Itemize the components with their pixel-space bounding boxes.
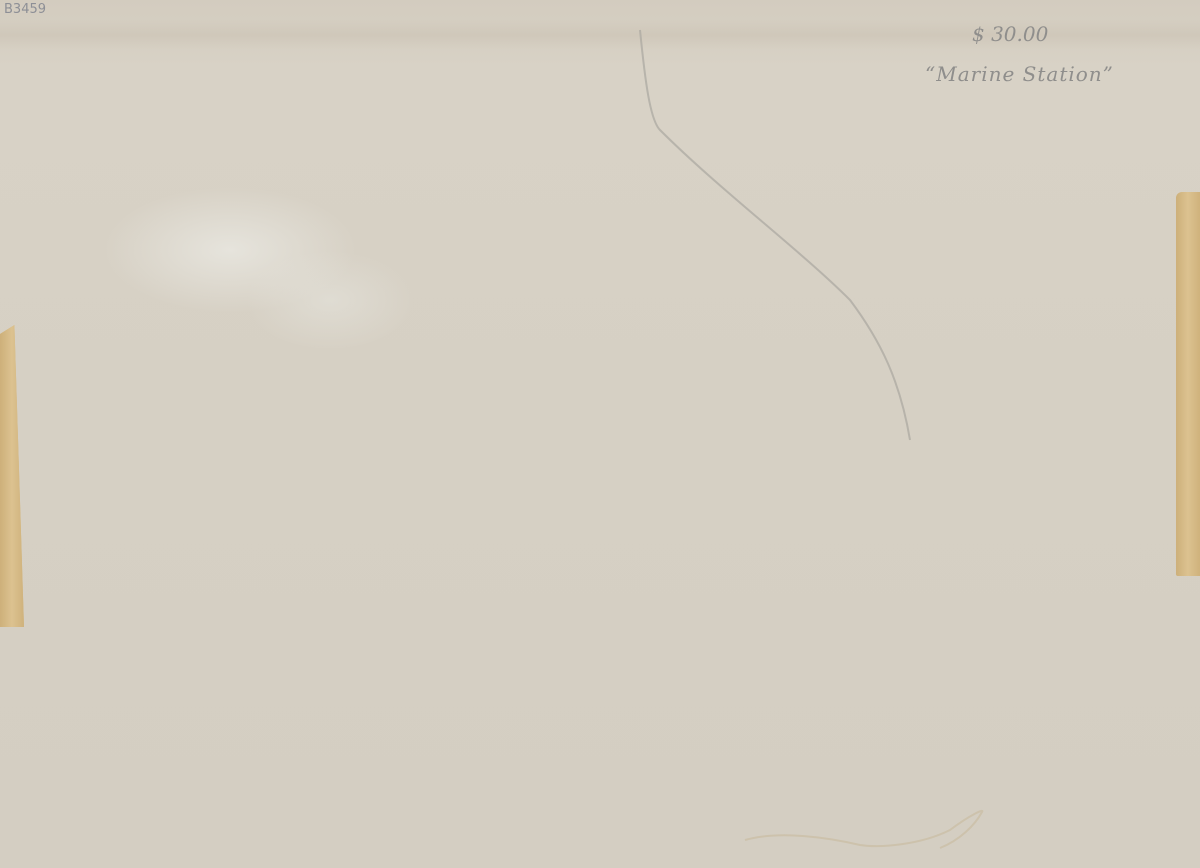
artwork-back-paper: B3459 $ 30.00 “Marine Station” <box>0 0 1200 868</box>
title-inscription: “Marine Station” <box>925 62 1114 86</box>
masking-tape-right <box>1176 192 1200 576</box>
catalog-number: B3459 <box>4 2 46 17</box>
water-stain <box>0 0 1200 868</box>
price-inscription: $ 30.00 <box>972 22 1048 46</box>
